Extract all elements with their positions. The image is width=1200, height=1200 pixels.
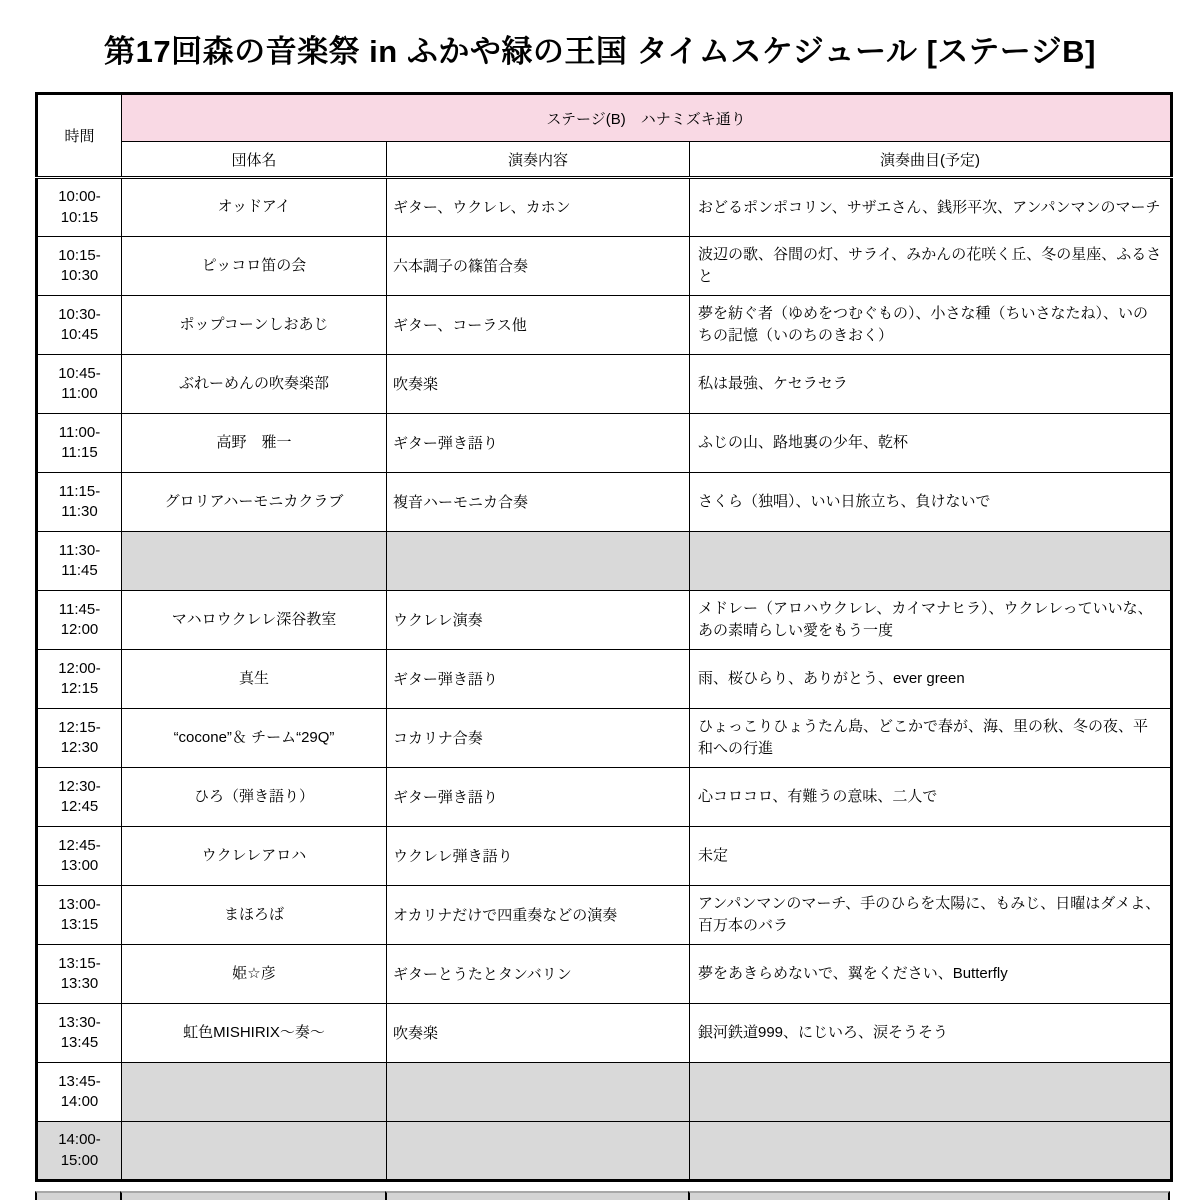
table-row: 10:15- 10:30ピッコロ笛の会六本調子の篠笛合奏波辺の歌、谷間の灯、サラ… <box>37 237 1172 296</box>
content-cell: 吹奏楽 <box>387 1004 690 1063</box>
content-cell <box>387 532 690 591</box>
group-cell: ポップコーンしおあじ <box>122 296 387 355</box>
next-table-cell <box>385 1191 688 1200</box>
group-cell: 真生 <box>122 650 387 709</box>
songs-cell: 未定 <box>690 827 1172 886</box>
content-cell: ウクレレ弾き語り <box>387 827 690 886</box>
time-cell: 12:15- 12:30 <box>37 709 122 768</box>
table-row: 10:30- 10:45ポップコーンしおあじギター、コーラス他夢を紡ぐ者（ゆめを… <box>37 296 1172 355</box>
table-row: 11:15- 11:30グロリアハーモニカクラブ複音ハーモニカ合奏さくら（独唱）… <box>37 473 1172 532</box>
content-cell: ギターとうたとタンバリン <box>387 945 690 1004</box>
songs-cell: おどるポンポコリン、サザエさん、銭形平次、アンパンマンのマーチ <box>690 178 1172 237</box>
table-row: 11:00- 11:15高野 雅一ギター弾き語りふじの山、路地裏の少年、乾杯 <box>37 414 1172 473</box>
songs-cell: 夢を紡ぐ者（ゆめをつむぐもの）、小さな種（ちいさなたね）、いのちの記憶（いのちの… <box>690 296 1172 355</box>
group-cell: 虹色MISHIRIX～奏～ <box>122 1004 387 1063</box>
time-cell: 12:30- 12:45 <box>37 768 122 827</box>
time-cell: 10:00- 10:15 <box>37 178 122 237</box>
column-header-row: 団体名 演奏内容 演奏曲目(予定) <box>37 142 1172 178</box>
time-cell: 12:00- 12:15 <box>37 650 122 709</box>
table-row: 12:45- 13:00ウクレレアロハウクレレ弾き語り未定 <box>37 827 1172 886</box>
time-cell: 11:15- 11:30 <box>37 473 122 532</box>
group-cell: オッドアイ <box>122 178 387 237</box>
stage-header: ステージ(B) ハナミズキ通り <box>122 94 1172 142</box>
table-row: 11:30- 11:45 <box>37 532 1172 591</box>
time-cell: 10:15- 10:30 <box>37 237 122 296</box>
time-cell: 12:45- 13:00 <box>37 827 122 886</box>
next-table-cell <box>120 1191 385 1200</box>
content-cell: ギター、ウクレレ、カホン <box>387 178 690 237</box>
next-table-cell <box>35 1191 120 1200</box>
content-cell: ギター弾き語り <box>387 768 690 827</box>
content-cell: ギター弾き語り <box>387 650 690 709</box>
time-cell: 11:00- 11:15 <box>37 414 122 473</box>
group-cell <box>122 1122 387 1181</box>
songs-cell: 心コロコロ、有難うの意味、二人で <box>690 768 1172 827</box>
group-cell: マハロウクレレ深谷教室 <box>122 591 387 650</box>
group-cell <box>122 532 387 591</box>
content-cell <box>387 1063 690 1122</box>
page-title: 第17回森の音楽祭 in ふかや緑の王国 タイムスケジュール [ステージB] <box>0 26 1200 71</box>
time-cell: 10:45- 11:00 <box>37 355 122 414</box>
time-column-header: 時間 <box>37 94 122 178</box>
content-cell: 六本調子の篠笛合奏 <box>387 237 690 296</box>
time-cell: 10:30- 10:45 <box>37 296 122 355</box>
content-cell: コカリナ合奏 <box>387 709 690 768</box>
schedule-header: 時間 ステージ(B) ハナミズキ通り 団体名 演奏内容 演奏曲目(予定) <box>37 94 1172 178</box>
songs-cell <box>690 532 1172 591</box>
time-cell: 14:00- 15:00 <box>37 1122 122 1181</box>
content-column-header: 演奏内容 <box>387 142 690 178</box>
songs-cell: ひょっこりひょうたん島、どこかで春が、海、里の秋、冬の夜、平和への行進 <box>690 709 1172 768</box>
songs-cell: アンパンマンのマーチ、手のひらを太陽に、もみじ、日曜はダメよ、百万本のバラ <box>690 886 1172 945</box>
table-row: 12:15- 12:30“cocone”＆ チーム“29Q”コカリナ合奏ひょっこ… <box>37 709 1172 768</box>
songs-cell: さくら（独唱）、いい日旅立ち、負けないで <box>690 473 1172 532</box>
table-row: 13:45- 14:00 <box>37 1063 1172 1122</box>
songs-cell: 夢をあきらめないで、翼をください、Butterfly <box>690 945 1172 1004</box>
group-cell: 姫☆彦 <box>122 945 387 1004</box>
table-row: 11:45- 12:00マハロウクレレ深谷教室ウクレレ演奏メドレー（アロハウクレ… <box>37 591 1172 650</box>
table-row: 12:00- 12:15真生ギター弾き語り雨、桜ひらり、ありがとう、ever g… <box>37 650 1172 709</box>
group-cell <box>122 1063 387 1122</box>
songs-cell: 私は最強、ケセラセラ <box>690 355 1172 414</box>
time-cell: 13:30- 13:45 <box>37 1004 122 1063</box>
time-cell: 13:15- 13:30 <box>37 945 122 1004</box>
content-cell: 複音ハーモニカ合奏 <box>387 473 690 532</box>
next-table-cell <box>688 1191 1170 1200</box>
group-cell: ピッコロ笛の会 <box>122 237 387 296</box>
table-row: 12:30- 12:45ひろ（弾き語り）ギター弾き語り心コロコロ、有難うの意味、… <box>37 768 1172 827</box>
table-row: 13:15- 13:30姫☆彦ギターとうたとタンバリン夢をあきらめないで、翼をく… <box>37 945 1172 1004</box>
time-cell: 11:30- 11:45 <box>37 532 122 591</box>
stage-header-row: 時間 ステージ(B) ハナミズキ通り <box>37 94 1172 142</box>
content-cell: ギター、コーラス他 <box>387 296 690 355</box>
time-cell: 13:45- 14:00 <box>37 1063 122 1122</box>
songs-cell: 雨、桜ひらり、ありがとう、ever green <box>690 650 1172 709</box>
group-cell: まほろば <box>122 886 387 945</box>
table-row: 10:00- 10:15オッドアイギター、ウクレレ、カホンおどるポンポコリン、サ… <box>37 178 1172 237</box>
table-row: 13:00- 13:15まほろばオカリナだけで四重奏などの演奏アンパンマンのマー… <box>37 886 1172 945</box>
content-cell <box>387 1122 690 1181</box>
songs-cell: メドレー（アロハウクレレ、カイマナヒラ）、ウクレレっていいな、あの素晴らしい愛を… <box>690 591 1172 650</box>
table-row: 13:30- 13:45虹色MISHIRIX～奏～吹奏楽銀河鉄道999、にじいろ… <box>37 1004 1172 1063</box>
songs-cell: ふじの山、路地裏の少年、乾杯 <box>690 414 1172 473</box>
songs-cell: 銀河鉄道999、にじいろ、涙そうそう <box>690 1004 1172 1063</box>
songs-cell: 波辺の歌、谷間の灯、サライ、みかんの花咲く丘、冬の星座、ふるさと <box>690 237 1172 296</box>
songs-column-header: 演奏曲目(予定) <box>690 142 1172 178</box>
group-cell: 高野 雅一 <box>122 414 387 473</box>
time-cell: 13:00- 13:15 <box>37 886 122 945</box>
group-cell: “cocone”＆ チーム“29Q” <box>122 709 387 768</box>
songs-cell <box>690 1063 1172 1122</box>
group-cell: ぶれーめんの吹奏楽部 <box>122 355 387 414</box>
group-cell: ひろ（弾き語り） <box>122 768 387 827</box>
content-cell: ウクレレ演奏 <box>387 591 690 650</box>
group-column-header: 団体名 <box>122 142 387 178</box>
table-row: 10:45- 11:00ぶれーめんの吹奏楽部吹奏楽私は最強、ケセラセラ <box>37 355 1172 414</box>
next-table-fragment <box>35 1191 1170 1200</box>
table-row: 14:00- 15:00 <box>37 1122 1172 1181</box>
content-cell: 吹奏楽 <box>387 355 690 414</box>
content-cell: オカリナだけで四重奏などの演奏 <box>387 886 690 945</box>
group-cell: グロリアハーモニカクラブ <box>122 473 387 532</box>
schedule-body: 10:00- 10:15オッドアイギター、ウクレレ、カホンおどるポンポコリン、サ… <box>37 178 1172 1181</box>
time-cell: 11:45- 12:00 <box>37 591 122 650</box>
songs-cell <box>690 1122 1172 1181</box>
content-cell: ギター弾き語り <box>387 414 690 473</box>
group-cell: ウクレレアロハ <box>122 827 387 886</box>
schedule-table: 時間 ステージ(B) ハナミズキ通り 団体名 演奏内容 演奏曲目(予定) 10:… <box>35 92 1173 1182</box>
